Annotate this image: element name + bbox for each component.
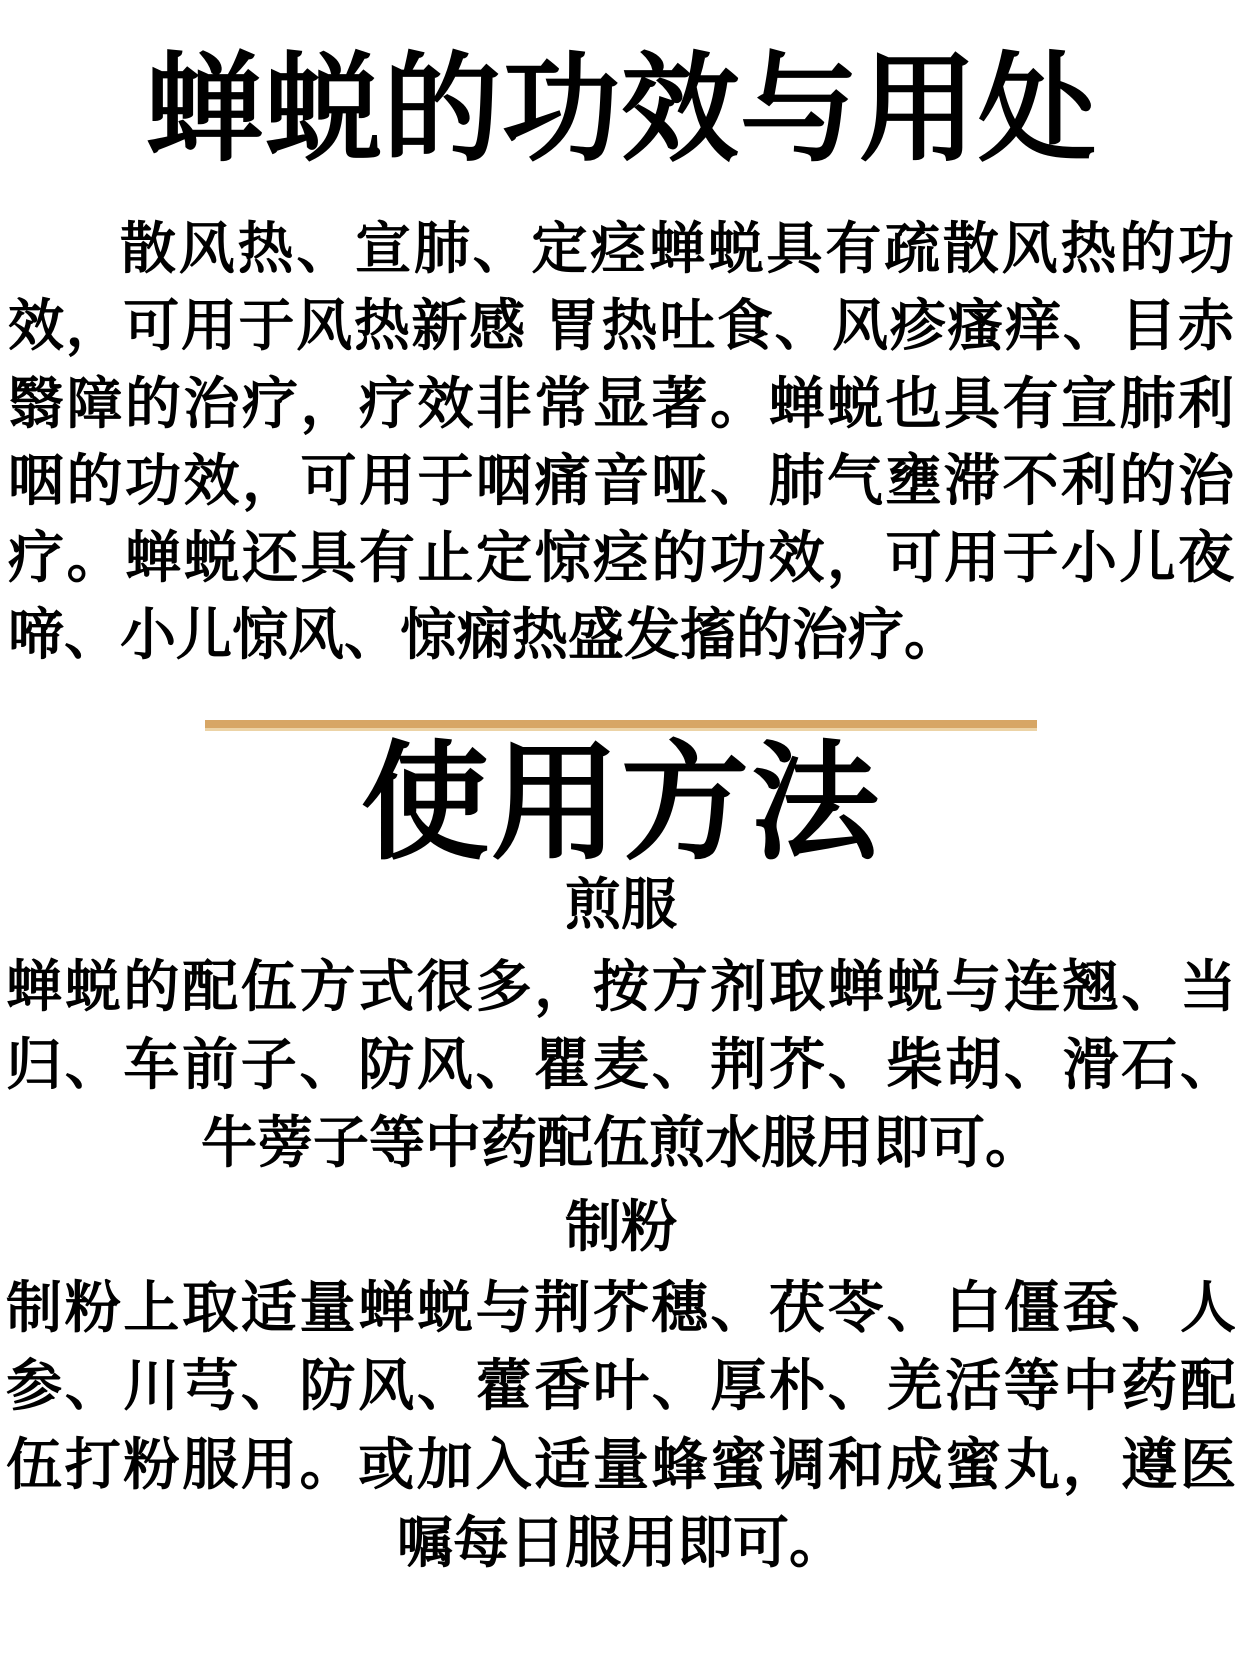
subsection-label-powder: 制粉 bbox=[6, 1195, 1236, 1259]
subsection-text-decoction: 蝉蜕的配伍方式很多，按方剂取蝉蜕与连翘、当归、车前子、防风、瞿麦、荆芥、柴胡、滑… bbox=[6, 948, 1236, 1183]
subsection-text-powder: 制粉上取适量蝉蜕与荆芥穗、茯苓、白僵蚕、人参、川芎、防风、藿香叶、厚朴、羌活等中… bbox=[6, 1269, 1236, 1583]
section-heading-usage: 使用方法 bbox=[6, 737, 1236, 871]
subsection-label-decoction: 煎服 bbox=[6, 873, 1236, 937]
section-divider bbox=[205, 720, 1037, 731]
poster-page: { "page": { "title": "蝉蜕的功效与用处", "intro"… bbox=[0, 0, 1242, 1660]
subsection-decoction: 煎服 蝉蜕的配伍方式很多，按方剂取蝉蜕与连翘、当归、车前子、防风、瞿麦、荆芥、柴… bbox=[6, 873, 1236, 1183]
page-title: 蝉蜕的功效与用处 bbox=[6, 44, 1236, 176]
intro-paragraph: 散风热、宣肺、定痉蝉蜕具有疏散风热的功效，可用于风热新感 胃热吐食、风疹瘙痒、目… bbox=[8, 210, 1234, 674]
subsection-powder: 制粉 制粉上取适量蝉蜕与荆芥穗、茯苓、白僵蚕、人参、川芎、防风、藿香叶、厚朴、羌… bbox=[6, 1195, 1236, 1583]
poster: 蝉蜕的功效与用处 散风热、宣肺、定痉蝉蜕具有疏散风热的功效，可用于风热新感 胃热… bbox=[0, 0, 1242, 1660]
